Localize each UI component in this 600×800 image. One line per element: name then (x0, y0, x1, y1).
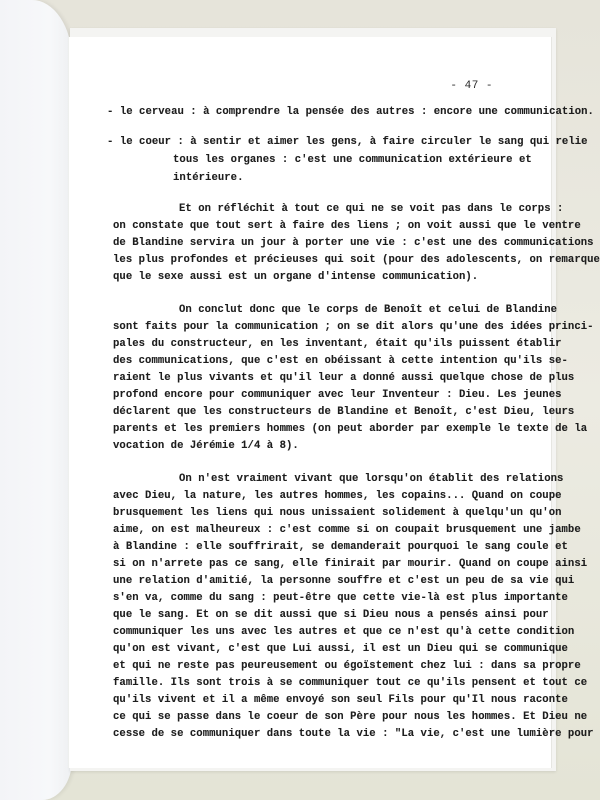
bullet-coeur: - le coeur : à sentir et aimer les gens,… (107, 134, 588, 152)
paragraph-3-line: s'en va, comme du sang : peut-être que c… (113, 590, 568, 608)
paragraph-2-line: déclarent que les constructeurs de Bland… (113, 404, 574, 422)
paragraph-3-line: qu'on est vivant, c'est que Lui aussi, i… (113, 641, 568, 659)
paragraph-1-line: de Blandine servira un jour à porter une… (113, 235, 594, 253)
paragraph-2-line: des communications, que c'est en obéissa… (113, 353, 568, 371)
paragraph-2-line: On conclut donc que le corps de Benoît e… (179, 302, 557, 320)
paragraph-2-line: sont faits pour la communication ; on se… (113, 319, 594, 337)
paragraph-1-line: les plus profondes et précieuses qui soi… (113, 252, 600, 270)
book-page: - 47 - - le cerveau : à comprendre la pe… (68, 37, 552, 768)
bullet-coeur-line: tous les organes : c'est une communicati… (173, 152, 532, 170)
paragraph-3-line: On n'est vraiment vivant que lorsqu'on é… (179, 471, 563, 489)
paragraph-3-line: communiquer les uns avec les autres et q… (113, 624, 574, 642)
paragraph-2-line: raient le plus vivants et qu'il leur a d… (113, 370, 574, 388)
paragraph-3-line: aime, on est malheureux : c'est comme si… (113, 522, 581, 540)
bullet-cerveau: - le cerveau : à comprendre la pensée de… (107, 104, 594, 122)
paragraph-3-line: à Blandine : elle souffrirait, se demand… (113, 539, 568, 557)
paragraph-2-line: pales du constructeur, en les inventant,… (113, 336, 562, 354)
paragraph-3-line: ce qui se passe dans le coeur de son Pèr… (113, 709, 587, 727)
paragraph-1-line: que le sexe aussi est un organe d'intens… (113, 269, 478, 287)
paragraph-2-line: profond encore pour communiquer avec leu… (113, 387, 562, 405)
paragraph-1-line: on constate que tout sert à faire des li… (113, 218, 581, 236)
paragraph-3-line: si on n'arrete pas ce sang, elle finirai… (113, 556, 587, 574)
paragraph-2-line: parents et les premiers hommes (on peut … (113, 421, 587, 439)
bullet-coeur-line: intérieure. (173, 170, 243, 188)
page-number: - 47 - (450, 80, 493, 92)
paragraph-3-line: que le sang. Et on se dit aussi que si D… (113, 607, 549, 625)
page-body: - le cerveau : à comprendre la pensée de… (69, 37, 95, 800)
paragraph-1-line: Et on réfléchit à tout ce qui ne se voit… (179, 201, 563, 219)
paragraph-3-line: brusquement les liens qui nous unissaien… (113, 505, 562, 523)
paragraph-3-line: une relation d'amitié, la personne souff… (113, 573, 574, 591)
paragraph-3-line: famille. Ils sont trois à se communiquer… (113, 675, 587, 693)
paragraph-3-line: et qui ne reste pas peureusement ou égoï… (113, 658, 581, 676)
paragraph-3-line: avec Dieu, la nature, les autres hommes,… (113, 488, 562, 506)
facing-page-left (0, 0, 72, 800)
paragraph-3-line: qu'ils vivent et il a même envoyé son se… (113, 692, 568, 710)
paragraph-3-line: cesse de se communiquer dans toute la vi… (113, 726, 594, 744)
paragraph-2-line: vocation de Jérémie 1/4 à 8). (113, 438, 299, 456)
